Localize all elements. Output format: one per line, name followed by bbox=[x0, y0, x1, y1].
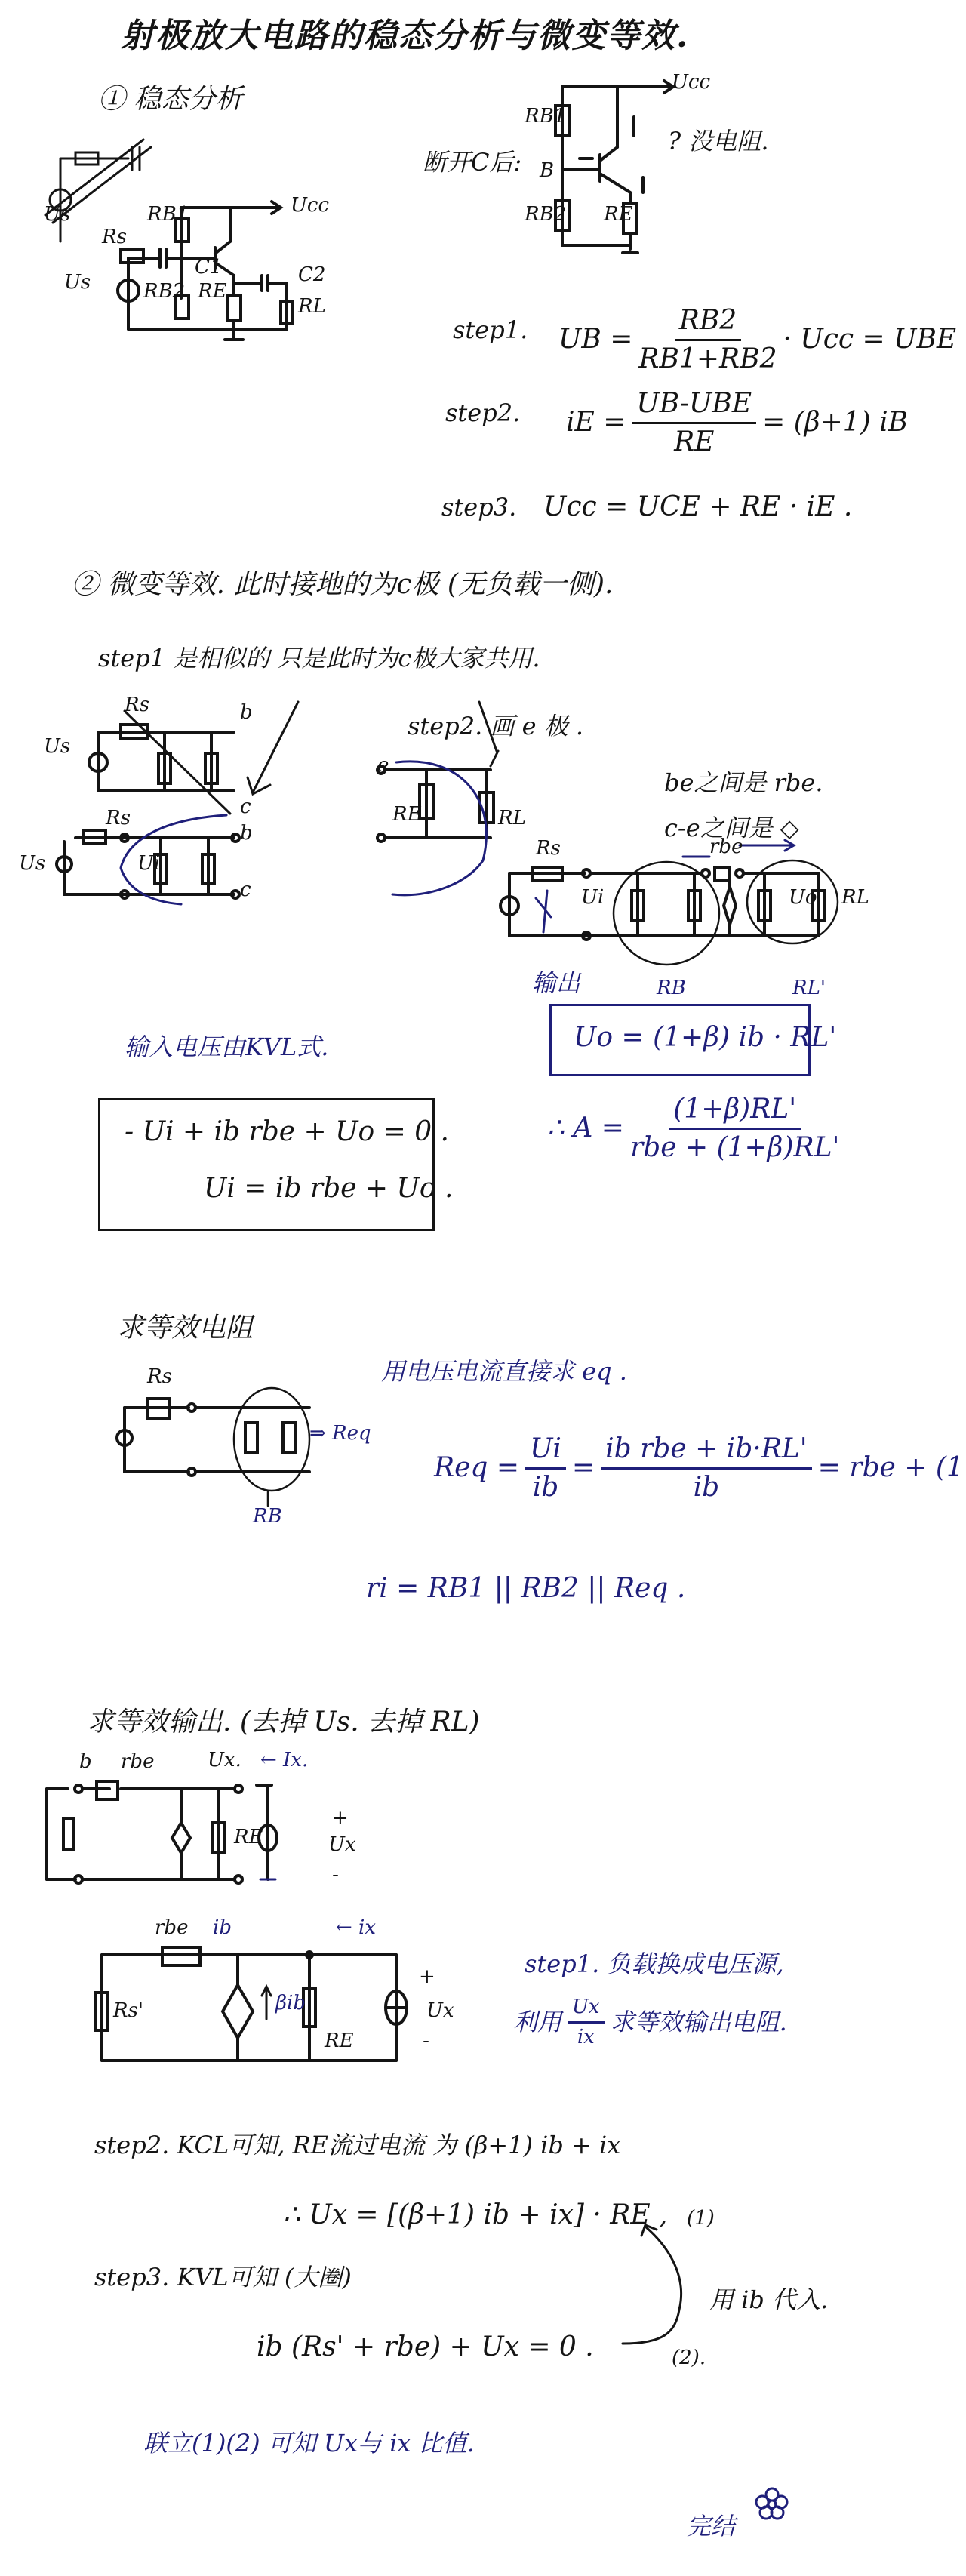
s2-label-c-upper: c bbox=[240, 796, 251, 818]
c2-label-rs: Rs' bbox=[113, 2000, 143, 2022]
label-rs: Rs bbox=[102, 226, 127, 248]
s4-step1-line2: 利用 Ux ix 求等效输出电阻. bbox=[513, 1996, 787, 2048]
c2-label-re: RE bbox=[325, 2030, 354, 2052]
substitute-note: 用 ib 代入. bbox=[709, 2287, 828, 2313]
c1-label-ix-top: ← Ix. bbox=[260, 1750, 308, 1771]
step2-rhs: = (β+1) iB bbox=[762, 408, 908, 438]
s4-step1-post: 求等效输出电阻. bbox=[611, 2009, 787, 2036]
dc-label-rb1: RB1 bbox=[525, 106, 566, 128]
step2-num: UB-UBE bbox=[632, 389, 756, 424]
label-re: RE bbox=[198, 281, 227, 303]
s3-label-rs: Rs bbox=[147, 1366, 172, 1388]
dc-note: ? 没电阻. bbox=[668, 128, 769, 155]
step2-label: step2. bbox=[445, 400, 520, 426]
output-equation: Uo = (1+β) ib · RL' bbox=[574, 1023, 836, 1053]
step1-fraction: RB2 RB1+RB2 bbox=[638, 306, 777, 374]
eq-label-uo: Uo bbox=[789, 887, 817, 909]
req-rhs: = rbe + (1+β) RL' bbox=[818, 1453, 966, 1483]
s4-step1-fraction: Ux ix bbox=[568, 1996, 605, 2048]
c2-label-ib: ib bbox=[213, 1917, 232, 1939]
c2-label-rbe: rbe bbox=[155, 1917, 188, 1939]
eq-label-rs: Rs bbox=[536, 838, 561, 860]
req-frac1-num: Ui bbox=[525, 1434, 566, 1470]
dc-circuit-caption: 断开C后: bbox=[423, 149, 521, 176]
c2-label-plus: + bbox=[419, 1966, 435, 1988]
label-us-sketch: Us bbox=[44, 204, 70, 226]
s2-label-re: RE bbox=[392, 804, 422, 826]
dc-label-re: RE bbox=[604, 204, 633, 226]
section2-heading: ② 微变等效. 此时接地的为c极 (无负载一侧). bbox=[72, 570, 613, 600]
s2-label-c-lower: c bbox=[240, 879, 251, 901]
c1-label-rbe: rbe bbox=[121, 1751, 154, 1773]
emitter-amplifier-circuit bbox=[45, 128, 392, 340]
label-us: Us bbox=[64, 272, 91, 294]
output-resistance-sketch bbox=[45, 1781, 362, 1894]
req-lhs: Req = bbox=[434, 1453, 519, 1483]
req-frac2-den: ib bbox=[694, 1470, 720, 1503]
req-frac1-den: ib bbox=[533, 1470, 559, 1503]
s3-label-req: ⇒ Req bbox=[309, 1423, 371, 1445]
crossed-out-sketch bbox=[45, 140, 151, 242]
step2-den: RE bbox=[674, 424, 714, 457]
c2-label-ux: Ux bbox=[426, 2000, 454, 2022]
label-rl: RL bbox=[298, 296, 326, 318]
gain-num: (1+β)RL' bbox=[669, 1094, 801, 1130]
c1-label-plus: + bbox=[332, 1808, 349, 1830]
gain-den: rbe + (1+β)RL' bbox=[630, 1130, 840, 1163]
step1-num: RB2 bbox=[675, 306, 741, 341]
label-rb2: RB2 bbox=[143, 281, 185, 303]
s4-frac-den: ix bbox=[577, 2024, 595, 2048]
s2-label-e: e bbox=[377, 755, 389, 777]
step3-label: step3. bbox=[441, 494, 516, 521]
section2-step2-note: step2. 画 e 极 . bbox=[408, 713, 583, 740]
rb-bracket-label: RB bbox=[657, 977, 686, 999]
s4-frac-num: Ux bbox=[568, 1996, 605, 2024]
req-frac1: Ui ib bbox=[525, 1434, 566, 1502]
step2-lhs: iE = bbox=[566, 408, 626, 438]
s4-step3: step3. KVL可知 (大圈) bbox=[94, 2264, 352, 2291]
s2-label-us-upper: Us bbox=[44, 736, 70, 758]
s2-label-rs-upper: Rs bbox=[125, 694, 149, 716]
conclusion: 联立(1)(2) 可知 Ux与 ix 比值. bbox=[143, 2430, 475, 2457]
c2-label-minus: - bbox=[423, 2030, 429, 2052]
label-c1: C1 bbox=[195, 257, 222, 279]
s4-step1-line1: step1. 负载换成电压源, bbox=[525, 1951, 784, 1977]
output-heading: 输出 bbox=[532, 970, 580, 996]
s4-eq2: ib (Rs' + rbe) + Ux = 0 . bbox=[257, 2332, 594, 2362]
s2-label-ui-lower: Ui bbox=[137, 853, 160, 875]
dc-bias-circuit bbox=[558, 72, 709, 268]
rl-prime-bracket-label: RL' bbox=[792, 977, 826, 999]
req-frac2-num: ib rbe + ib·RL' bbox=[601, 1434, 812, 1470]
input-heading: 输入电压由KVL式. bbox=[125, 1034, 328, 1060]
eq-label-rl: RL bbox=[841, 887, 869, 909]
s3-label-rb: RB bbox=[253, 1506, 282, 1528]
step3-equation: Ucc = UCE + RE · iE . bbox=[543, 492, 852, 522]
flower-icon bbox=[755, 2487, 789, 2522]
gain-prefix: ∴ A = bbox=[547, 1113, 624, 1143]
gain-equation: ∴ A = (1+β)RL' rbe + (1+β)RL' bbox=[547, 1094, 845, 1162]
eq-label-ui: Ui bbox=[581, 887, 604, 909]
step1-rhs: · Ucc = UBE + UE bbox=[783, 325, 966, 355]
label-c2: C2 bbox=[298, 264, 325, 286]
substitution-arrow bbox=[619, 2219, 694, 2355]
c1-label-ux-top: Ux. bbox=[208, 1750, 241, 1771]
c1-label-minus: - bbox=[332, 1864, 339, 1886]
page-title: 射极放大电路的稳态分析与微变等效. bbox=[121, 18, 689, 54]
s4-step1-pre: 利用 bbox=[513, 2009, 561, 2036]
c1-label-re: RE bbox=[234, 1827, 263, 1848]
step1-equation: UB = RB2 RB1+RB2 · Ucc = UBE + UE bbox=[558, 306, 966, 374]
s2-label-us-lower: Us bbox=[19, 853, 45, 875]
equivalent-resistance-circuit bbox=[113, 1385, 325, 1506]
be-note: be之间是 rbe. bbox=[664, 770, 823, 796]
req-frac2: ib rbe + ib·RL' ib bbox=[601, 1434, 812, 1502]
dc-label-rb2: RB2 bbox=[525, 204, 566, 226]
dc-label-b: B bbox=[540, 160, 554, 182]
end-label: 完结 bbox=[687, 2513, 735, 2540]
req-equation: Req = Ui ib = ib rbe + ib·RL' ib = rbe +… bbox=[434, 1434, 966, 1502]
c2-label-ix: ← ix bbox=[336, 1917, 376, 1939]
input-eq-1: - Ui + ib rbe + Uo = 0 . bbox=[125, 1117, 449, 1147]
ri-equation: ri = RB1 || RB2 || Req . bbox=[366, 1574, 685, 1604]
s2-label-b-lower: b bbox=[240, 823, 253, 845]
section3-heading: 求等效电阻 bbox=[117, 1313, 253, 1343]
input-eq-2: Ui = ib rbe + Uo . bbox=[204, 1174, 453, 1204]
step1-lhs: UB = bbox=[558, 325, 632, 355]
s4-step2: step2. KCL可知, RE流过电流 为 (β+1) ib + ix bbox=[94, 2132, 620, 2159]
s4-eq1: ∴ Ux = [(β+1) ib + ix] · RE , bbox=[283, 2200, 668, 2230]
s2-label-b-upper: b bbox=[240, 702, 253, 724]
label-rb1: RB1 bbox=[147, 204, 189, 226]
section4-heading: 求等效输出. (去掉 Us. 去掉 RL) bbox=[87, 1707, 480, 1737]
step2-fraction: UB-UBE RE bbox=[632, 389, 756, 457]
section2-step1-note: step1 是相似的 只是此时为c极大家共用. bbox=[98, 645, 540, 672]
small-signal-sketches bbox=[30, 694, 392, 921]
gain-fraction: (1+β)RL' rbe + (1+β)RL' bbox=[630, 1094, 840, 1162]
step1-label: step1. bbox=[453, 317, 528, 343]
dc-label-ucc: Ucc bbox=[672, 72, 710, 94]
c1-label-b: b bbox=[79, 1751, 92, 1773]
section3-note: 用电压电流直接求 eq . bbox=[381, 1359, 627, 1385]
s2-label-rs-lower: Rs bbox=[106, 808, 131, 829]
step2-equation: iE = UB-UBE RE = (β+1) iB bbox=[566, 389, 908, 457]
label-ucc: Ucc bbox=[291, 195, 329, 217]
equals-sign: = bbox=[572, 1453, 595, 1483]
step1-den: RB1+RB2 bbox=[638, 341, 777, 374]
eq-label-rbe: rbe bbox=[709, 836, 743, 858]
small-signal-equivalent-circuit bbox=[502, 857, 894, 962]
section1-heading: ① 稳态分析 bbox=[98, 85, 242, 115]
c1-label-ux: Ux bbox=[328, 1834, 356, 1856]
c2-label-bib: βib bbox=[275, 1993, 306, 2014]
s2-label-rl: RL bbox=[498, 808, 526, 829]
